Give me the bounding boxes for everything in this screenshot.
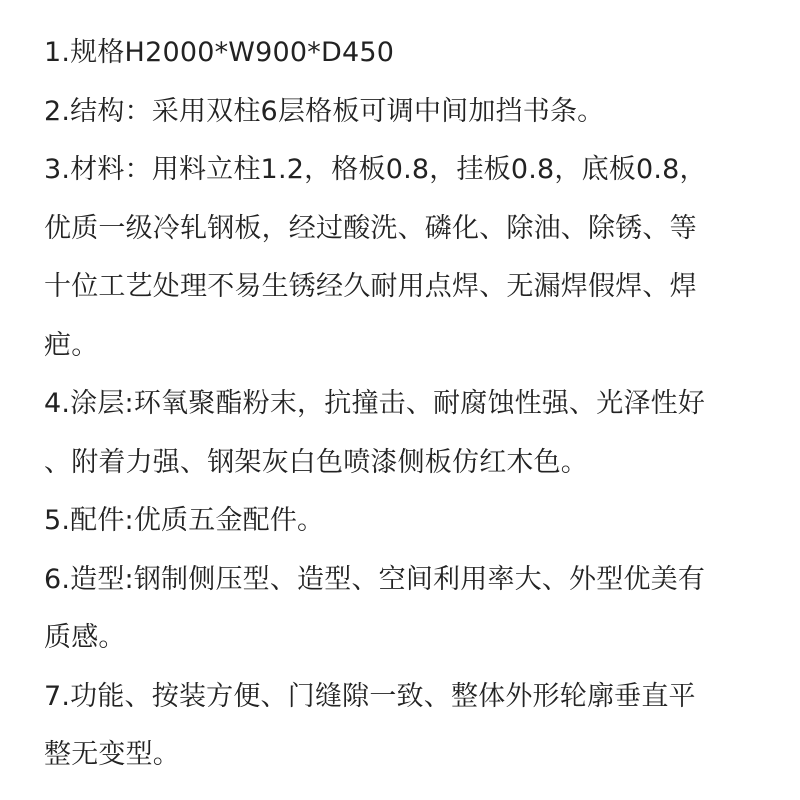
spec-line-2-structure: 2.结构：采用双柱6层格板可调中间加挡书条。 [44,83,774,142]
spec-line-1-size: 1.规格H2000*W900*D450 [44,24,774,83]
spec-line-3-material-cont-3: 疤。 [44,317,774,376]
spec-line-6-shape-cont: 质感。 [44,609,774,668]
spec-document: 1.规格H2000*W900*D450 2.结构：采用双柱6层格板可调中间加挡书… [44,24,774,785]
spec-line-3-material-cont-2: 十位工艺处理不易生锈经久耐用点焊、无漏焊假焊、焊 [44,258,774,317]
spec-line-3-material: 3.材料：用料立柱1.2，格板0.8，挂板0.8，底板0.8， [44,141,774,200]
spec-line-6-shape: 6.造型:钢制侧压型、造型、空间利用率大、外型优美有 [44,551,774,610]
spec-line-7-function: 7.功能、按装方便、门缝隙一致、整体外形轮廓垂直平 [44,668,774,727]
spec-line-5-accessories: 5.配件:优质五金配件。 [44,492,774,551]
spec-line-4-coating: 4.涂层:环氧聚酯粉末，抗撞击、耐腐蚀性强、光泽性好 [44,375,774,434]
spec-line-3-material-cont-1: 优质一级冷轧钢板，经过酸洗、磷化、除油、除锈、等 [44,200,774,259]
spec-line-4-coating-cont: 、附着力强、钢架灰白色喷漆侧板仿红木色。 [44,434,774,493]
spec-line-7-function-cont: 整无变型。 [44,726,774,785]
